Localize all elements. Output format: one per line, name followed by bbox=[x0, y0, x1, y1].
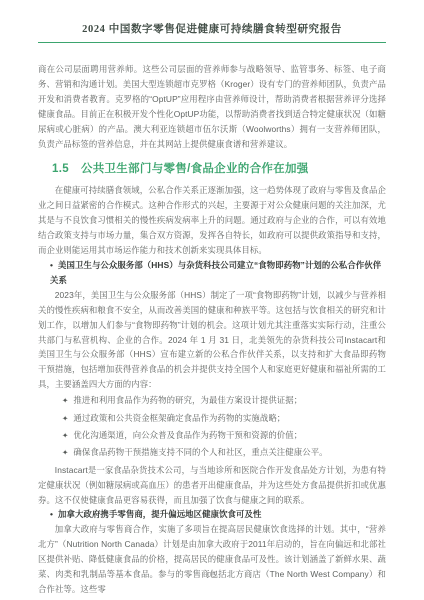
list-item: ✦确保食品药物干预措施支持不同的个人和社区，重点关注健康公平。 bbox=[62, 445, 386, 461]
report-page: 2024 中国数字零售促进健康可持续膳食转型研究报告 商在公司层面聘用营养师。这… bbox=[0, 0, 424, 600]
list-item: ✦优化沟通渠道，向公众普及食品作为药物干预和资源的价值； bbox=[62, 428, 386, 444]
report-title: 2024 中国数字零售促进健康可持续膳食转型研究报告 bbox=[0, 21, 424, 36]
section-number: 1.5 bbox=[52, 163, 69, 175]
list-item: ✦推进和利用食品作为药物的研究，为最佳方案设计提供证据； bbox=[62, 393, 386, 409]
header-divider bbox=[38, 42, 386, 43]
bullet-dot-icon: • bbox=[50, 509, 53, 519]
case-heading-text: 美国卫生与公众服务部（HHS）与杂货科技公司建立“食物即药物”计划的公私合作伙伴… bbox=[50, 260, 381, 285]
section-title: 公共卫生部门与零售/食品企业的合作在加强 bbox=[81, 163, 309, 175]
paragraph-ppp-intro: 在健康可持续膳食领域，公私合作关系正逐渐加强，这一趋势体现了政府与零售及食品企业… bbox=[38, 183, 386, 258]
paragraph-hhs-program: 2023年，美国卫生与公众服务部（HHS）制定了一项“食物即药物”计划，以减少与… bbox=[38, 288, 386, 392]
section-heading-1-5: 1.5公共卫生部门与零售/食品企业的合作在加强 bbox=[52, 161, 386, 177]
list-item-text: 确保食品药物干预措施支持不同的个人和社区，重点关注健康公平。 bbox=[73, 447, 327, 457]
page-footer: 05 bbox=[0, 570, 424, 579]
list-item-text: 通过政策和公共资金框架确定食品作为药物的实施战略； bbox=[73, 413, 285, 423]
paragraph-retailer-dietitians: 商在公司层面聘用营养师。这些公司层面的营养师参与战略领导、监管事务、标签、电子商… bbox=[38, 62, 386, 151]
star-bullet-icon: ✦ bbox=[62, 396, 68, 405]
page-content: 商在公司层面聘用营养师。这些公司层面的营养师参与战略领导、监管事务、标签、电子商… bbox=[38, 62, 386, 597]
star-bullet-icon: ✦ bbox=[62, 448, 68, 457]
star-bullet-icon: ✦ bbox=[62, 431, 68, 440]
list-item-text: 推进和利用食品作为药物的研究，为最佳方案设计提供证据； bbox=[73, 395, 302, 405]
paragraph-instacart: Instacart是一家食品杂货技术公司，与当地诊所和医院合作开发食品处方计划，… bbox=[38, 463, 386, 508]
list-item: ✦通过政策和公共资金框架确定食品作为药物的实施战略； bbox=[62, 411, 386, 427]
star-bullet-icon: ✦ bbox=[62, 414, 68, 423]
program-goals-list: ✦推进和利用食品作为药物的研究，为最佳方案设计提供证据； ✦通过政策和公共资金框… bbox=[38, 393, 386, 461]
bullet-dot-icon: • bbox=[50, 260, 53, 270]
page-number: 05 bbox=[207, 570, 217, 579]
page-header: 2024 中国数字零售促进健康可持续膳食转型研究报告 bbox=[0, 0, 424, 43]
paragraph-canada-program: 加拿大政府与零售商合作，实施了多项旨在提高居民健康饮食选择的计划。其中，“营养北… bbox=[38, 522, 386, 597]
case-heading-text: 加拿大政府携手零售商，提升偏远地区健康饮食可及性 bbox=[58, 509, 261, 519]
list-item-text: 优化沟通渠道，向公众普及食品作为药物干预和资源的价值； bbox=[73, 430, 302, 440]
case-heading-hhs: •美国卫生与公众服务部（HHS）与杂货科技公司建立“食物即药物”计划的公私合作伙… bbox=[38, 258, 386, 288]
case-heading-canada: •加拿大政府携手零售商，提升偏远地区健康饮食可及性 bbox=[38, 507, 386, 522]
